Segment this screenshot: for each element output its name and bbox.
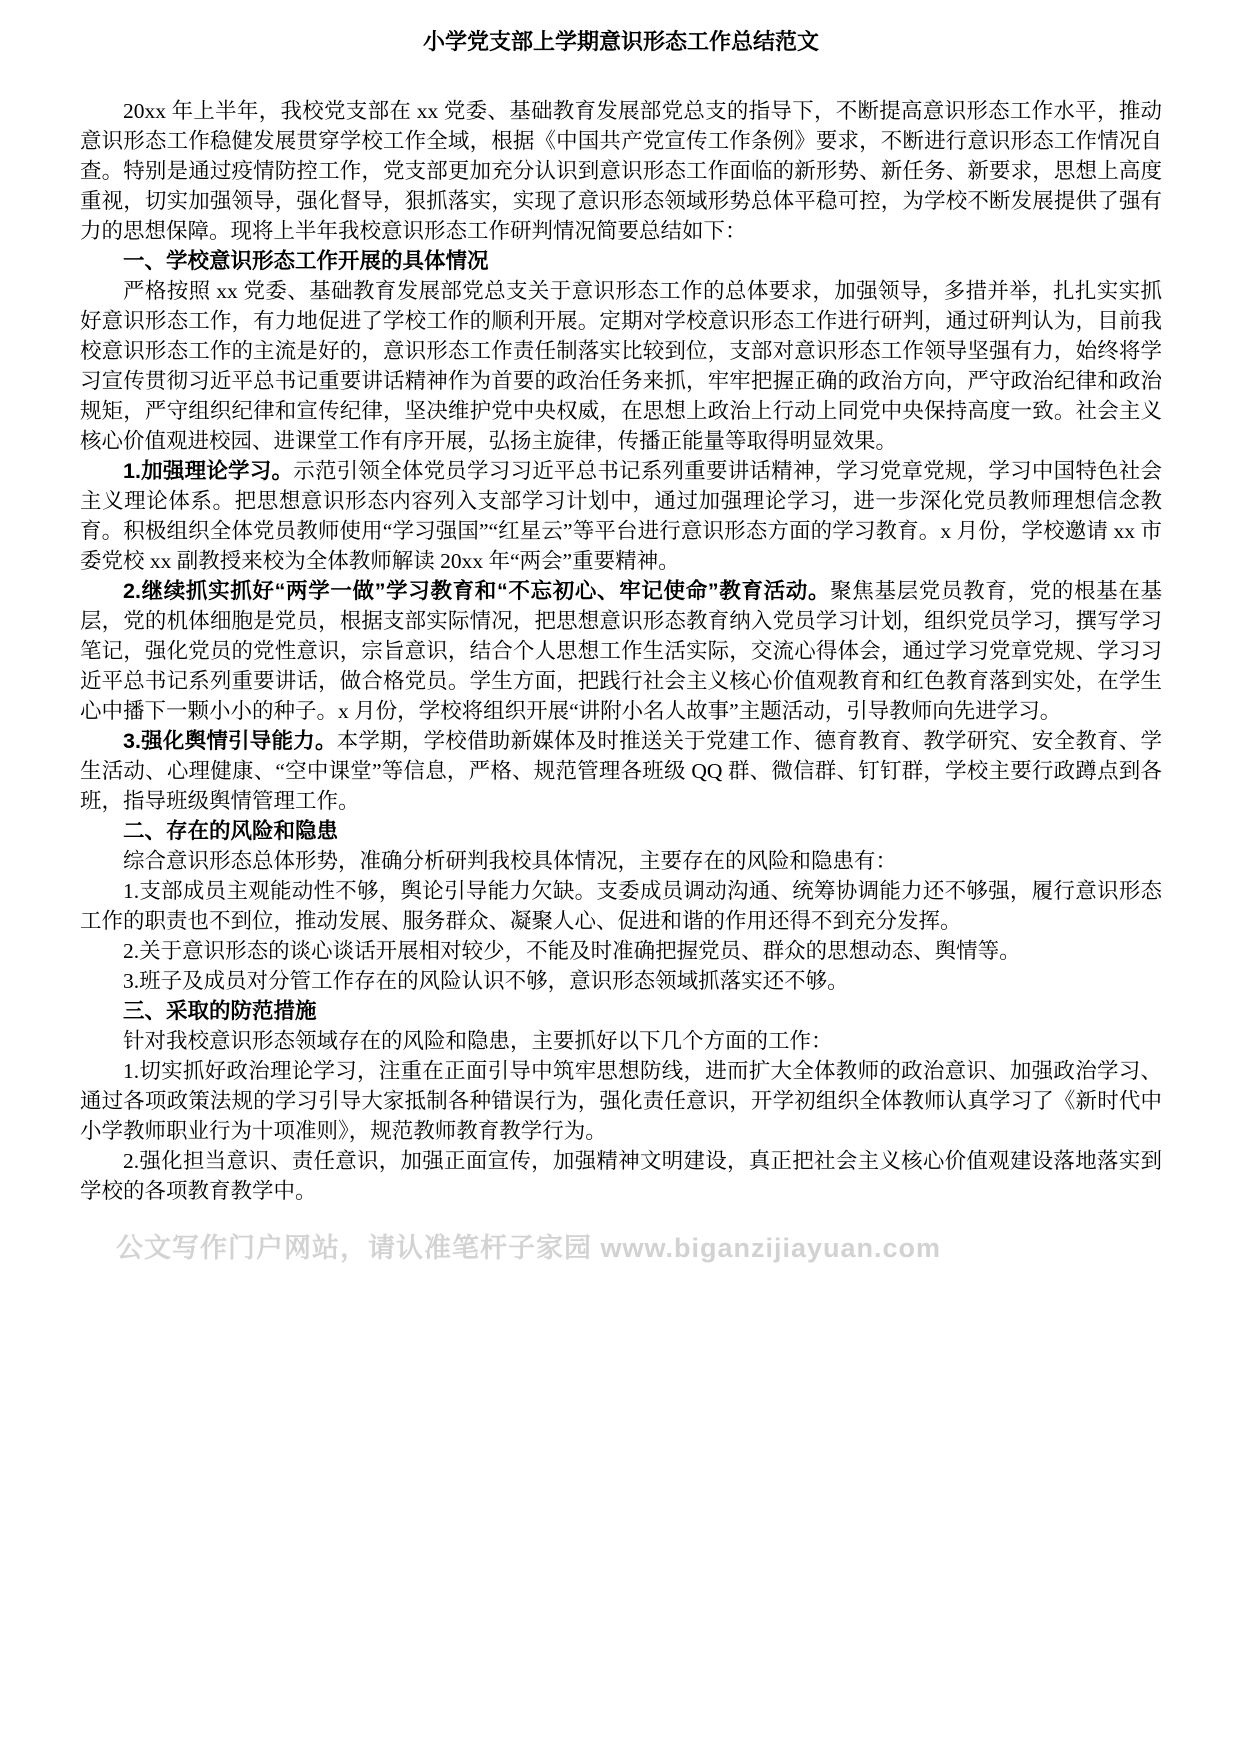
paragraph-lead: 2.继续抓实抓好“两学一做”学习教育和“不忘初心、牢记使命”教育活动。 — [123, 579, 830, 603]
paragraph: 2.强化担当意识、责任意识，加强正面宣传，加强精神文明建设，真正把社会主义核心价… — [80, 1146, 1162, 1206]
paragraph-intro: 20xx 年上半年，我校党支部在 xx 党委、基础教育发展部党总支的指导下，不断… — [80, 96, 1162, 246]
document-title: 小学党支部上学期意识形态工作总结范文 — [80, 28, 1162, 56]
section-heading-3: 三、采取的防范措施 — [80, 996, 1162, 1026]
paragraph: 综合意识形态总体形势，准确分析研判我校具体情况，主要存在的风险和隐患有： — [80, 846, 1162, 876]
paragraph-lead: 1.加强理论学习。 — [123, 459, 293, 483]
paragraph-with-lead: 3.强化舆情引导能力。本学期，学校借助新媒体及时推送关于党建工作、德育教育、教学… — [80, 726, 1162, 816]
paragraph: 严格按照 xx 党委、基础教育发展部党总支关于意识形态工作的总体要求，加强领导，… — [80, 276, 1162, 456]
document-page: 小学党支部上学期意识形态工作总结范文 20xx 年上半年，我校党支部在 xx 党… — [0, 0, 1240, 1754]
section-heading-2: 二、存在的风险和隐患 — [80, 816, 1162, 846]
paragraph: 3.班子及成员对分管工作存在的风险认识不够，意识形态领域抓落实还不够。 — [80, 966, 1162, 996]
paragraph-with-lead: 1.加强理论学习。示范引领全体党员学习习近平总书记系列重要讲话精神，学习党章党规… — [80, 456, 1162, 576]
paragraph-with-lead: 2.继续抓实抓好“两学一做”学习教育和“不忘初心、牢记使命”教育活动。聚焦基层党… — [80, 576, 1162, 726]
paragraph: 2.关于意识形态的谈心谈话开展相对较少，不能及时准确把握党员、群众的思想动态、舆… — [80, 936, 1162, 966]
section-heading-1: 一、学校意识形态工作开展的具体情况 — [80, 246, 1162, 276]
paragraph: 1.支部成员主观能动性不够，舆论引导能力欠缺。支委成员调动沟通、统筹协调能力还不… — [80, 876, 1162, 936]
paragraph: 1.切实抓好政治理论学习，注重在正面引导中筑牢思想防线，进而扩大全体教师的政治意… — [80, 1056, 1162, 1146]
watermark-text: 公文写作门户网站，请认准笔杆子家园 www.biganzijiayuan.com — [116, 1232, 1162, 1264]
paragraph: 针对我校意识形态领域存在的风险和隐患，主要抓好以下几个方面的工作： — [80, 1026, 1162, 1056]
paragraph-lead: 3.强化舆情引导能力。 — [123, 729, 337, 753]
